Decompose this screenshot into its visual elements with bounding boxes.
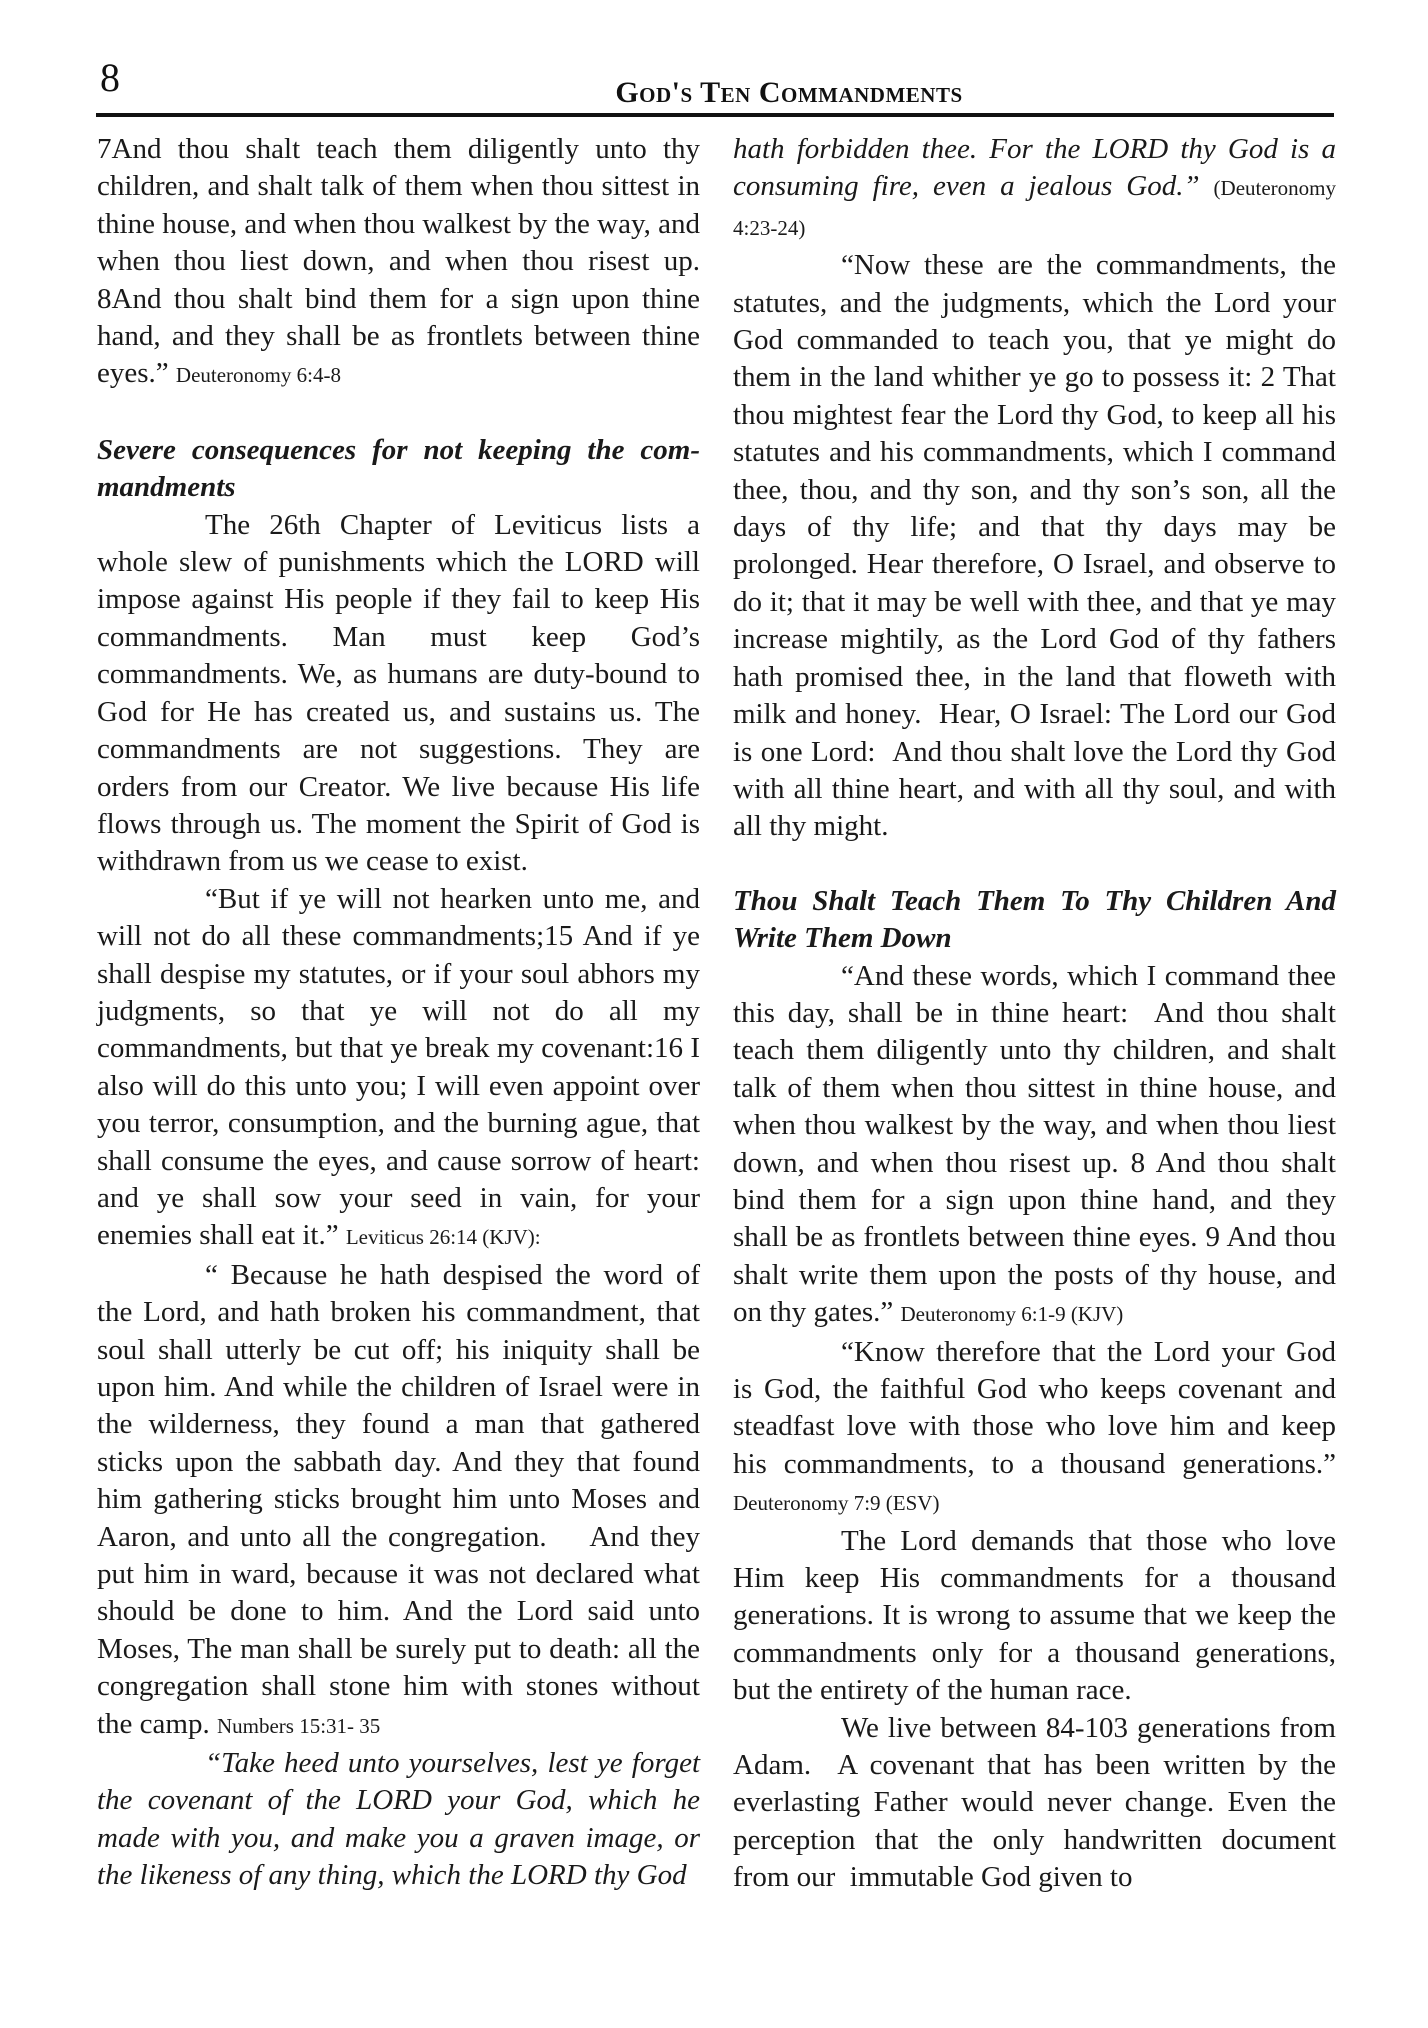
spacer (97, 395, 700, 432)
paragraph-italic: “Take heed unto yourselves, lest ye for­… (97, 1745, 700, 1895)
spacer (733, 846, 1336, 883)
paragraph: “Know therefore that the Lord your God i… (733, 1334, 1336, 1523)
paragraph: We live between 84-103 generations from … (733, 1710, 1336, 1897)
scripture-text: “But if ye will not hearken unto me, and… (97, 883, 700, 1252)
scripture-text: 7And thou shalt teach them diligently un… (97, 133, 700, 389)
header-rule (96, 113, 1334, 117)
section-heading: Thou Shalt Teach Them To Thy Children An… (733, 883, 1336, 958)
scripture-text: “And these words, which I command thee t… (733, 960, 1336, 1329)
scripture-reference: Deuteronomy 6:4-8 (176, 363, 341, 387)
paragraph: 7And thou shalt teach them diligently un… (97, 131, 700, 395)
right-column: hath forbidden thee. For the LORD thy Go… (733, 131, 1336, 1897)
scripture-reference: Leviti­cus 26:14 (KJV): (346, 1225, 541, 1249)
scripture-text: “ Because he hath despised the word of t… (97, 1259, 700, 1740)
paragraph: The 26th Chapter of Leviticus lists a wh… (97, 507, 700, 881)
scripture-reference: Deuteronomy 6:1-9 (KJV) (901, 1302, 1124, 1326)
paragraph: The Lord demands that those who love Him… (733, 1523, 1336, 1710)
paragraph: “But if ye will not hearken unto me, and… (97, 881, 700, 1257)
paragraph: “ Because he hath despised the word of t… (97, 1257, 700, 1745)
scripture-text: “Know therefore that the Lord your God i… (733, 1336, 1336, 1480)
running-head-title: God's Ten Commandments (0, 76, 1428, 110)
paragraph: “And these words, which I command thee t… (733, 958, 1336, 1334)
section-heading: Severe consequences for not keeping the … (97, 432, 700, 507)
paragraph: hath forbidden thee. For the LORD thy Go… (733, 131, 1336, 247)
scripture-reference: Deuteronomy 7:9 (ESV) (733, 1491, 939, 1515)
scripture-reference: Numbers 15:31- 35 (217, 1714, 380, 1738)
paragraph: “Now these are the commandments, the sta… (733, 247, 1336, 846)
left-column: 7And thou shalt teach them diligently un… (97, 131, 700, 1895)
